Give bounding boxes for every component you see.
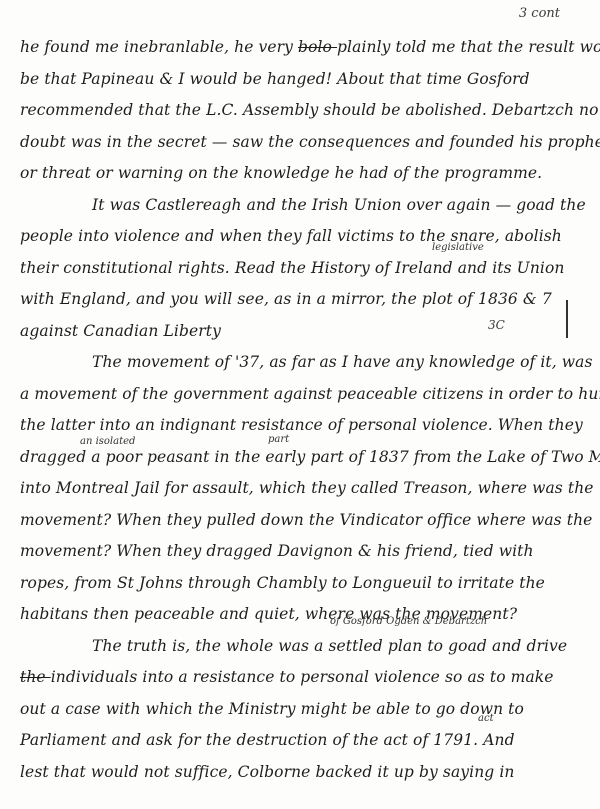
struck-word: bolo — [298, 38, 337, 56]
manuscript-line: the latter into an indignant resistance … — [20, 416, 594, 434]
manuscript-line: doubt was in the secret — saw the conseq… — [20, 133, 594, 151]
manuscript-line: people into violence and when they fall … — [20, 227, 594, 245]
manuscript-line: a movement of the government against pea… — [20, 385, 594, 403]
manuscript-line: into Montreal Jail for assault, which th… — [20, 479, 594, 497]
manuscript-line: their constitutional rights. Read the Hi… — [20, 259, 594, 277]
manuscript-line: dragged a poor peasant in the early part… — [20, 448, 594, 466]
manuscript-line: be that Papineau & I would be hanged! Ab… — [20, 70, 594, 88]
manuscript-line: habitans then peaceable and quiet, where… — [20, 605, 594, 623]
manuscript-line: The movement of '37, as far as I have an… — [20, 353, 594, 371]
manuscript-line: lest that would not suffice, Colborne ba… — [20, 763, 594, 781]
manuscript-line: or threat or warning on the knowledge he… — [20, 164, 594, 182]
manuscript-line: he found me inebranlable, he very bolo p… — [20, 38, 594, 56]
manuscript-line: movement? When they dragged Davignon & h… — [20, 542, 594, 560]
manuscript-line: The truth is, the whole was a settled pl… — [20, 637, 594, 655]
page-number: 3 cont — [519, 6, 560, 21]
manuscript-line: Parliament and ask for the destruction o… — [20, 731, 594, 749]
manuscript-line: out a case with which the Ministry might… — [20, 700, 594, 718]
manuscript-line: the individuals into a resistance to per… — [20, 668, 594, 686]
insertion-legislative: legislative — [432, 242, 484, 253]
insertion-an-isolated: an isolated — [80, 436, 135, 447]
manuscript-line: with England, and you will see, as in a … — [20, 290, 594, 308]
manuscript-line: ropes, from St Johns through Chambly to … — [20, 574, 594, 592]
manuscript-line: It was Castlereagh and the Irish Union o… — [20, 196, 594, 214]
manuscript-line: recommended that the L.C. Assembly shoul… — [20, 101, 594, 119]
manuscript-line: against Canadian Liberty — [20, 322, 594, 340]
insertion-gosford-ogden: of Gosford Ogden & Debartzch — [330, 616, 487, 627]
manuscript-line: movement? When they pulled down the Vind… — [20, 511, 594, 529]
insertion-part: part — [268, 434, 289, 445]
struck-word: the — [20, 668, 51, 686]
insertion-act: act — [478, 713, 494, 724]
manuscript-page: 3 cont 3C he found me inebranlable, he v… — [0, 0, 600, 809]
